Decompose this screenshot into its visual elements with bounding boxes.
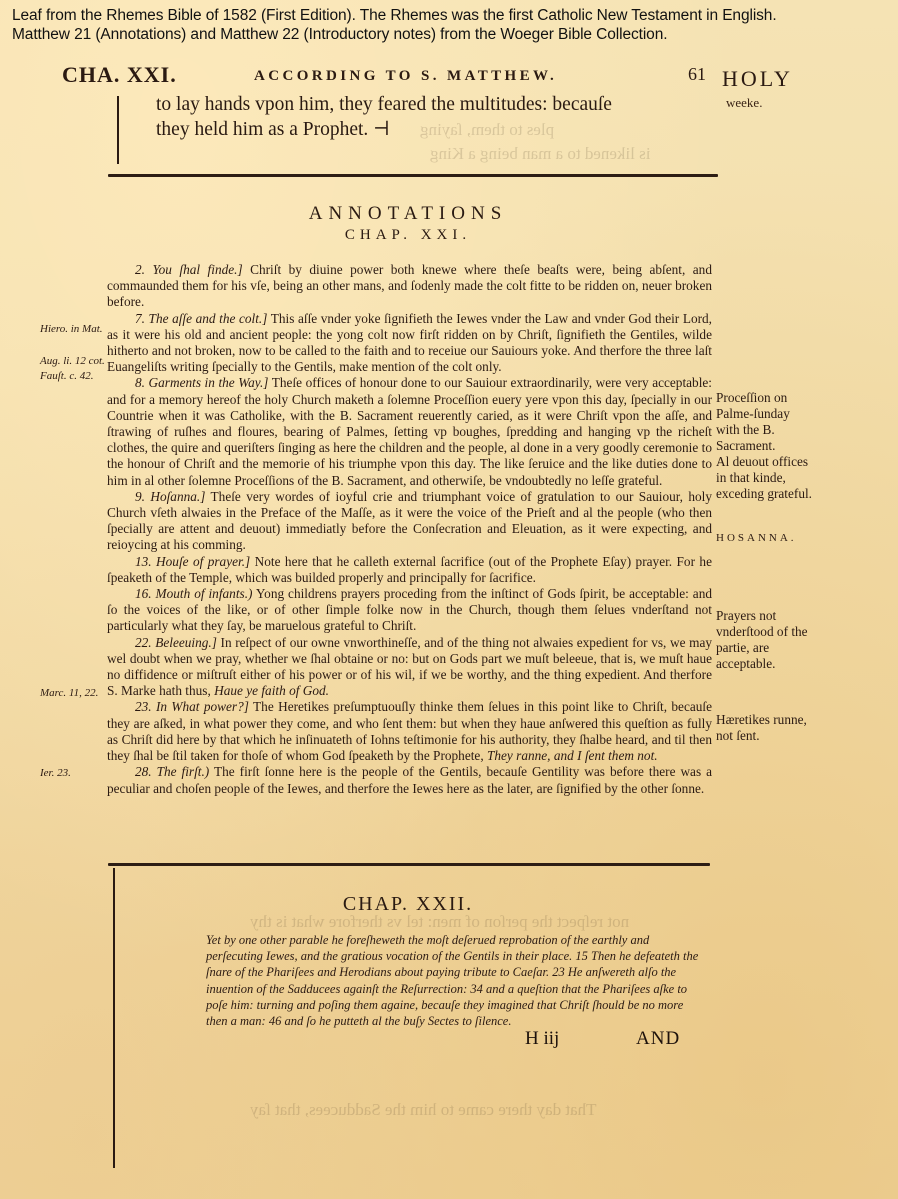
scripture-line-2: they held him as a Prophet. ⊣ [156,117,716,142]
margin-reference: Marc. 11, 22. [40,686,110,701]
note-lemma: 9. Hoſanna.] [135,489,205,504]
note-quotation: Haue ye faith of God. [214,683,329,698]
margin-reference: Ier. 23. [40,766,110,781]
annotation-note: 7. The aſſe and the colt.] This aſſe vnd… [107,311,712,376]
bleed-through-text: is likened to a man being a King [430,144,650,164]
annotation-note: 28. The firſt.) The firſt ſonne here is … [107,764,712,796]
section-divider [108,174,718,177]
annotation-note: 23. In What power?] The Heretikes preſum… [107,699,712,764]
annotations-body: 2. You ſhal finde.] Chriſt by diuine pow… [107,262,712,797]
annotation-note: 2. You ſhal finde.] Chriſt by diuine pow… [107,262,712,311]
catchword: AND [636,1028,680,1050]
note-lemma: 16. Mouth of infants.) [135,586,252,601]
margin-note-hosanna: HOSANNA. [716,530,816,546]
note-quotation: They ranne, and I ſent them not. [487,748,658,763]
running-head-right-title: HOLY [722,66,793,92]
margin-note: Hæretikes runne, not ſent. [716,712,816,744]
chapter-22-argument: Yet by one other parable he foreſheweth … [206,932,706,1029]
annotation-note: 9. Hoſanna.] Theſe very wordes of ioyful… [107,489,712,554]
section-divider [108,863,710,866]
image-caption: Leaf from the Rhemes Bible of 1582 (Firs… [12,6,777,44]
note-text: Theſe offices of honour done to our Saui… [107,375,712,487]
text-column-bar [117,96,119,164]
annotations-chapter: CHAP. XXI. [0,227,816,244]
annotation-note: 13. Houſe of prayer.] Note here that he … [107,554,712,586]
annotation-note: 16. Mouth of infants.) Yong childrens pr… [107,586,712,635]
running-head-chapter: CHA. XXI. [62,62,177,88]
running-head-title: ACCORDING TO S. MATTHEW. [254,68,557,85]
annotation-note: 22. Beleeuing.] In reſpect of our owne v… [107,635,712,700]
note-lemma: 23. In What power?] [135,699,249,714]
margin-note: Proceſſion on Palme-ſunday with the B. S… [716,390,816,454]
note-lemma: 2. You ſhal finde.] [135,262,243,277]
scripture-text: to lay hands vpon him, they feared the m… [156,92,716,142]
margin-note: Al deuout offices in that kinde, excedin… [716,454,816,502]
margin-note-weeke: weeke. [726,95,762,111]
margin-reference: Aug. li. 12 cot. Fauſt. c. 42. [40,354,110,384]
chapter-22-title: CHAP. XXII. [0,893,816,916]
note-lemma: 28. The firſt.) [135,764,209,779]
margin-reference: Hiero. in Mat. [40,322,110,337]
caption-line-1: Leaf from the Rhemes Bible of 1582 (Firs… [12,6,777,25]
note-lemma: 8. Garments in the Way.] [135,375,268,390]
annotation-note: 8. Garments in the Way.] Theſe offices o… [107,375,712,488]
note-lemma: 7. The aſſe and the colt.] [135,311,267,326]
running-head: CHA. XXI. ACCORDING TO S. MATTHEW. 61 HO… [62,62,792,92]
page-number: 61 [688,64,706,85]
note-lemma: 13. Houſe of prayer.] [135,554,250,569]
scripture-line-1: to lay hands vpon him, they feared the m… [156,92,716,117]
bleed-through-text: That day there came to him the Sadducees… [250,1100,596,1120]
chapter-22-summary: Yet by one other parable he foreſheweth … [206,932,706,1029]
caption-line-2: Matthew 21 (Annotations) and Matthew 22 … [12,25,777,44]
signature-mark: H iij [525,1028,559,1050]
margin-note: Prayers not vnderſtood of the partie, ar… [716,608,816,672]
note-lemma: 22. Beleeuing.] [135,635,217,650]
annotations-title: ANNOTATIONS [0,203,816,225]
